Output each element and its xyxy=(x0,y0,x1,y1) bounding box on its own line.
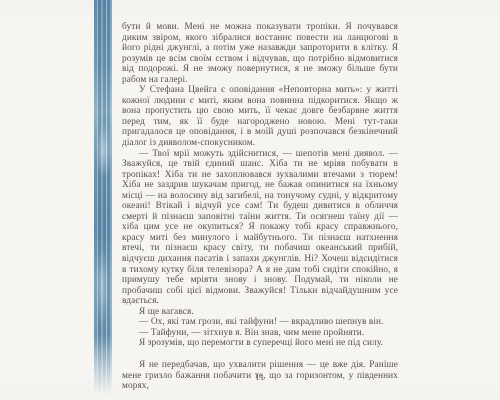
book-page: бути й мови. Мені не можна показувати тр… xyxy=(0,0,500,400)
page-number: 11 xyxy=(122,372,398,382)
paragraph-zweig: У Стефана Цвейга є оповідання «Неповторн… xyxy=(122,85,398,148)
page-text: бути й мови. Мені не можна показувати тр… xyxy=(122,22,398,392)
paragraph-hesitation: Я ще вагався. xyxy=(122,307,398,318)
paragraph-continuation: бути й мови. Мені не можна показувати тр… xyxy=(122,22,398,85)
paragraph-storms-line: — Ох, які там грози, які тайфуни! — вкра… xyxy=(122,317,398,328)
paragraph-conclusion: Я зрозумів, що перемогти в суперечці йог… xyxy=(122,338,398,349)
paragraph-typhoons-line: — Тайфуни, — зітхнув я. Він знав, чим ме… xyxy=(122,328,398,339)
watercolor-brush-decoration xyxy=(94,0,112,397)
paragraph-devil-speech: — Твої мрії можуть здійснитися, — шепоті… xyxy=(122,149,398,307)
